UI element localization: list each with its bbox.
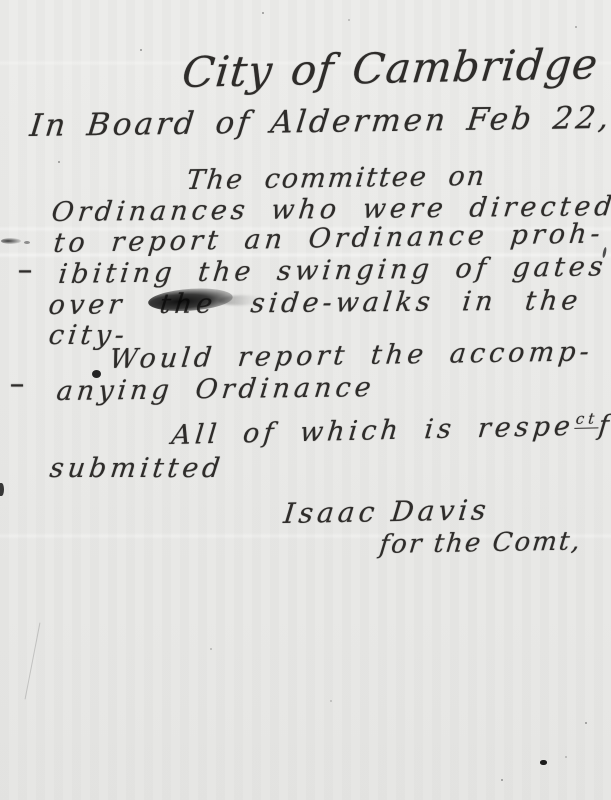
paper-speck: [330, 700, 332, 702]
body-line-5-post: side-walks in the: [249, 285, 583, 319]
document-title: City of Cambridge: [180, 39, 601, 97]
paper-speck: [565, 756, 567, 758]
closing-pre: All of which is respe: [170, 411, 576, 451]
closing-line: All of which is respectfully: [170, 409, 611, 451]
margin-hyphen: -: [17, 256, 33, 284]
ink-smudge: [1, 238, 21, 244]
body-line-5: over the side-walks in the: [47, 285, 583, 321]
ink-blot: [92, 370, 101, 378]
paper-speck: [585, 722, 587, 724]
paper-speck: [575, 26, 577, 28]
scanned-document-page: City of Cambridge In Board of Aldermen F…: [0, 0, 611, 800]
closing-superscript: ct: [574, 409, 600, 429]
ink-smudge: [24, 241, 30, 244]
dateline: In Board of Aldermen Feb 22, 1856: [28, 98, 611, 144]
margin-hyphen: -: [9, 370, 25, 398]
body-line-4: ibiting the swinging of gates: [57, 251, 608, 290]
ink-speck: [540, 760, 547, 765]
signature-role: for the Comt,: [378, 526, 583, 560]
paper-scratch: [25, 623, 41, 700]
body-line-5-pre: over: [47, 289, 127, 321]
paper-speck: [262, 12, 264, 14]
body-line-1: The committee on: [185, 161, 488, 196]
body-line-8: anying Ordinance: [55, 372, 376, 407]
paper-speck: [58, 161, 60, 163]
paper-speck: [210, 648, 212, 650]
struck-word: the: [158, 289, 218, 320]
closing-line-2: submitted: [48, 453, 226, 484]
body-line-7: Would report the accomp-: [108, 336, 594, 375]
signature-name: Isaac Davis: [282, 493, 492, 530]
ink-smudge: [0, 483, 4, 496]
paper-speck: [348, 19, 350, 21]
paper-speck: [501, 779, 503, 781]
paper-speck: [140, 49, 142, 51]
